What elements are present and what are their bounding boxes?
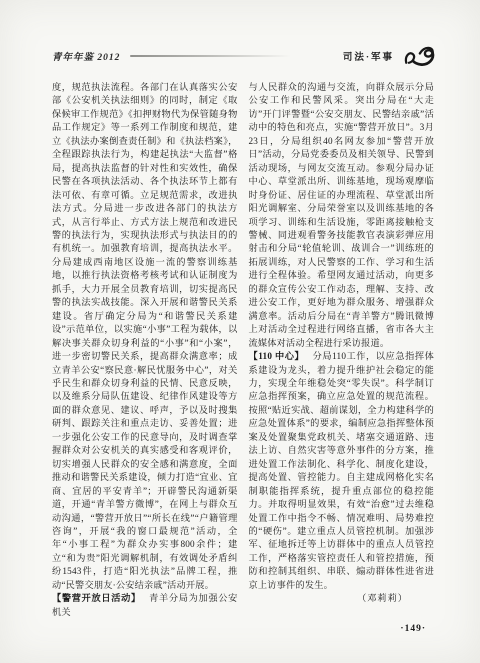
section-title: 司法·军事 — [343, 49, 394, 63]
right-column-continuation-paragraph: 与人民群众的沟通与交流，向群众展示分局公安工作和民警风采。突出分局在“大走访”开… — [249, 81, 435, 350]
two-column-text-block: 度，规范执法流程。各部门在认真落实公安部《公安机关执法细则》的同时，制定《取保候… — [52, 81, 434, 619]
entry-text: 分局110工作，以应急指挥体系建设为龙头，着力提升维护社会稳定的能力，实现全年维… — [249, 351, 435, 590]
calligraphy-flourish-icon — [402, 43, 436, 69]
right-column: 与人民群众的沟通与交流，向群众展示分局公安工作和民警风采。突出分局在“大走访”开… — [249, 81, 435, 619]
scanned-yearbook-page: 青年年鉴 2012 司法·军事 度，规范执法流程。各部门在认真落实公安部《公安机… — [0, 0, 480, 663]
header-divider-rule — [130, 55, 296, 57]
entry-110-center: 【110 中心】分局110工作，以应急指挥体系建设为龙头，着力提升维护社会稳定的… — [249, 350, 435, 592]
book-title: 青年年鉴 2012 — [52, 49, 120, 63]
entry-label: 【警营开放日活动】 — [52, 593, 141, 603]
author-signature: （邓莉莉） — [249, 592, 435, 605]
left-column: 度，规范执法流程。各部门在认真落实公安部《公安机关执法细则》的同时，制定《取保候… — [52, 81, 238, 619]
entry-police-open-day: 【警营开放日活动】青羊分局为加强公安机关 — [52, 592, 238, 619]
left-column-body-paragraph: 度，规范执法流程。各部门在认真落实公安部《公安机关执法细则》的同时，制定《取保候… — [52, 81, 238, 592]
page-number: ·149· — [400, 624, 426, 634]
page-header: 青年年鉴 2012 司法·军事 — [52, 46, 436, 66]
entry-label: 【110 中心】 — [249, 351, 305, 361]
